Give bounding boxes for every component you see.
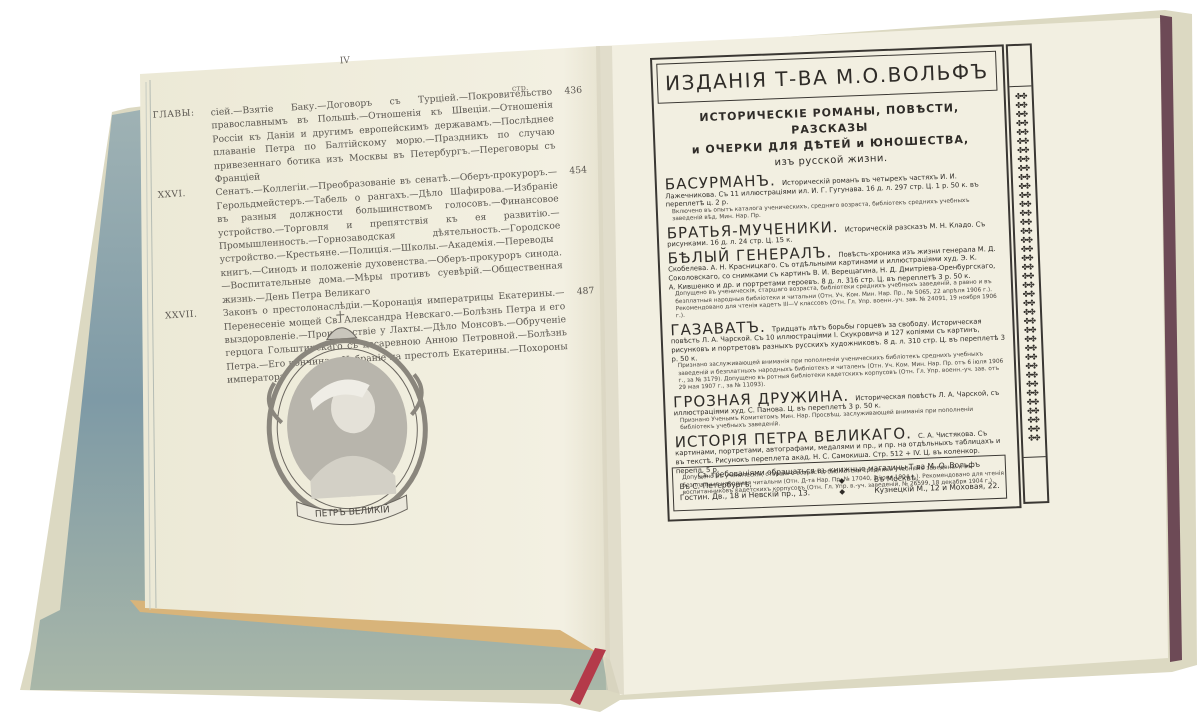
ornament-bottom-icon: [1024, 456, 1048, 502]
left-page: IV стр. ГЛАВЫ: сiей.—Взятiе Баку.—Догово…: [150, 43, 633, 629]
ad-frame: ИЗДАНIЯ Т-ВА М.О.ВОЛЬФЪ ИСТОРИЧЕСКIЕ РОМ…: [650, 44, 1022, 521]
toc-chapter-label: XXVII.: [165, 307, 228, 391]
store-spb: Въ С.-Петербургѣ, Гостин. Дв., 18 и Невс…: [679, 476, 810, 503]
toc-entry-text: Сенатъ.—Коллегiи.—Преобразованiе въ сена…: [215, 166, 564, 307]
toc-chapter-label: XXVI.: [157, 187, 222, 311]
book-listing: ГАЗАВАТЪ. Тридцать лѣтъ борьбы горцевъ з…: [670, 313, 1006, 393]
portrait-engraving: ПЕТРЪ ВЕЛИКIЙ: [245, 303, 449, 544]
toc-page-number: 487: [564, 284, 599, 366]
peter-the-great-portrait-icon: ПЕТРЪ ВЕЛИКIЙ: [245, 303, 449, 544]
page-folio: IV: [340, 56, 351, 67]
ad-content: ИСТОРИЧЕСКIЕ РОМАНЫ, ПОВѢСТИ, РАЗСКАЗЫ и…: [662, 99, 1011, 498]
toc-chapter-label: ГЛАВЫ:: [152, 106, 215, 190]
ad-intro: ИСТОРИЧЕСКIЕ РОМАНЫ, ПОВѢСТИ, РАЗСКАЗЫ и…: [662, 99, 998, 176]
right-page-advertisement: ИЗДАНIЯ Т-ВА М.О.ВОЛЬФЪ ИСТОРИЧЕСКIЕ РОМ…: [650, 43, 1058, 528]
diamond-separator-icon: ◆◆: [839, 475, 846, 497]
toc-page-number: 436: [552, 84, 587, 166]
book-listing: БАСУРМАНЪ. Историческiй романъ въ четыре…: [665, 168, 1000, 224]
toc-page-number: 454: [557, 164, 594, 286]
store-moscow: Въ Москвѣ, Кузнецкiй М., 12 и Моховая, 2…: [874, 469, 1000, 496]
ornament-top-icon: [1008, 45, 1032, 87]
book-listing: БѢЛЫЙ ГЕНЕРАЛЪ. Повѣсть-хроника изъ жизн…: [668, 241, 1004, 321]
open-book-photo: IV стр. ГЛАВЫ: сiей.—Взятiе Баку.—Догово…: [0, 0, 1200, 720]
publisher-title: ИЗДАНIЯ Т-ВА М.О.ВОЛЬФЪ: [656, 51, 997, 104]
